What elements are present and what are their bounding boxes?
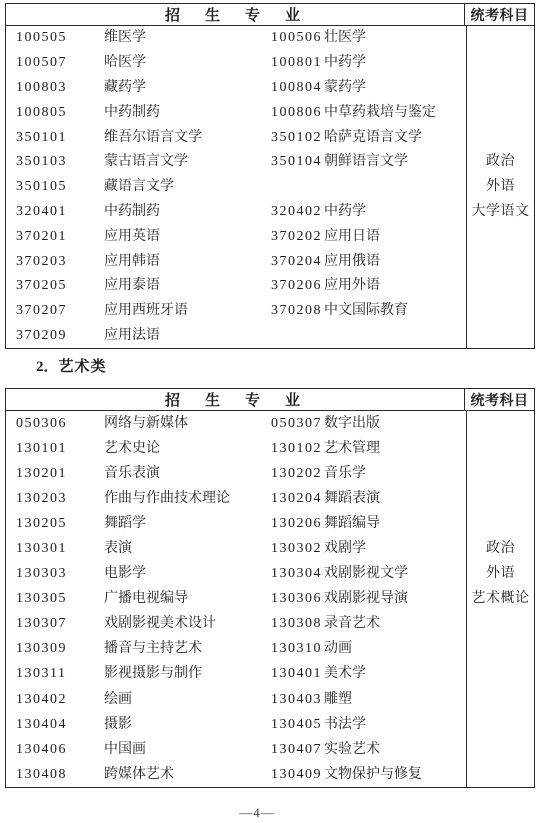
major-code: 050307 — [261, 411, 324, 436]
major-code: 130304 — [261, 562, 324, 587]
major-code: 370209 — [6, 324, 104, 349]
major-code: 130309 — [6, 637, 104, 662]
exam-subject — [466, 436, 534, 461]
major-name: 作曲与作曲技术理论 — [104, 486, 261, 511]
major-name: 摄影 — [104, 712, 261, 737]
major-name: 中文国际教育 — [324, 299, 466, 324]
table-row: 370209应用法语 — [6, 324, 534, 349]
major-name: 美术学 — [324, 662, 466, 687]
major-code: 130311 — [6, 662, 104, 687]
page-number: —4— — [0, 805, 514, 821]
subjects-column-header: 统考科目 — [464, 4, 534, 25]
major-name: 蒙古语言文学 — [104, 150, 261, 175]
major-code: 130202 — [261, 461, 324, 486]
major-code: 100505 — [6, 26, 104, 51]
major-code: 130404 — [6, 712, 104, 737]
major-code: 130409 — [261, 762, 324, 787]
major-name: 戏剧影视文学 — [324, 562, 466, 587]
major-code: 130301 — [6, 536, 104, 561]
table-row: 130311影视摄影与制作130401美术学 — [6, 662, 534, 687]
exam-subject — [466, 461, 534, 486]
exam-subject — [466, 637, 534, 662]
major-code: 130302 — [261, 536, 324, 561]
major-code: 130405 — [261, 712, 324, 737]
major-name: 蒙药学 — [324, 76, 466, 101]
major-name: 表演 — [104, 536, 261, 561]
major-name: 艺术管理 — [324, 436, 466, 461]
major-name: 藏语言文学 — [104, 175, 261, 200]
exam-subject: 外语 — [466, 562, 534, 587]
table-row: 370201应用英语370202应用日语 — [6, 224, 534, 249]
major-code: 130310 — [261, 637, 324, 662]
major-code: 130206 — [261, 511, 324, 536]
major-code: 130406 — [6, 737, 104, 762]
major-code: 100803 — [6, 76, 104, 101]
major-code: 320401 — [6, 200, 104, 225]
major-name: 中药制药 — [104, 200, 261, 225]
major-name: 播音与主持艺术 — [104, 637, 261, 662]
table-row: 100507哈医学100801中药学 — [6, 51, 534, 76]
major-code: 130403 — [261, 687, 324, 712]
major-code: 370201 — [6, 224, 104, 249]
exam-subject: 大学语文 — [466, 200, 534, 225]
majors-column-header: 招 生 专 业 — [6, 4, 464, 25]
exam-subject: 政治 — [466, 536, 534, 561]
major-code: 370204 — [261, 249, 324, 274]
exam-subject — [466, 411, 534, 436]
major-code: 350105 — [6, 175, 104, 200]
major-code: 350104 — [261, 150, 324, 175]
section-heading-art-category: 2．艺术类 — [36, 357, 107, 377]
major-name: 绘画 — [104, 687, 261, 712]
major-name: 应用泰语 — [104, 274, 261, 299]
major-code: 100806 — [261, 100, 324, 125]
major-name: 舞蹈编导 — [324, 511, 466, 536]
table-row: 350105藏语言文学外语 — [6, 175, 534, 200]
table-row: 130303电影学130304戏剧影视文学外语 — [6, 562, 534, 587]
table-row: 130404摄影130405书法学 — [6, 712, 534, 737]
exam-subject: 政治 — [466, 150, 534, 175]
major-name: 藏药学 — [104, 76, 261, 101]
table-row: 370207应用西班牙语370208中文国际教育 — [6, 299, 534, 324]
table-row: 130402绘画130403雕塑 — [6, 687, 534, 712]
major-name: 应用外语 — [324, 274, 466, 299]
exam-subject — [466, 26, 534, 51]
major-name: 动画 — [324, 637, 466, 662]
exam-subject — [466, 762, 534, 787]
exam-subject — [466, 511, 534, 536]
major-name: 中草药栽培与鉴定 — [324, 100, 466, 125]
major-code: 050306 — [6, 411, 104, 436]
major-code: 100506 — [261, 26, 324, 51]
major-code: 100801 — [261, 51, 324, 76]
table-row: 130301表演130302戏剧学政治 — [6, 536, 534, 561]
table-row: 130406中国画130407实验艺术 — [6, 737, 534, 762]
major-name: 中药制药 — [104, 100, 261, 125]
major-code: 130203 — [6, 486, 104, 511]
major-name: 戏剧影视美术设计 — [104, 612, 261, 637]
major-code — [261, 324, 324, 349]
major-code: 130408 — [6, 762, 104, 787]
majors-table-medical-language: 招 生 专 业 统考科目 100505维医学100506壮医学100507哈医学… — [5, 3, 535, 349]
majors-table-art: 招 生 专 业 统考科目 050306网络与新媒体050307数字出版13010… — [5, 388, 535, 788]
exam-subject — [466, 51, 534, 76]
major-name: 录音艺术 — [324, 612, 466, 637]
major-name: 戏剧学 — [324, 536, 466, 561]
table-row: 350103蒙古语言文学350104朝鲜语言文学政治 — [6, 150, 534, 175]
document-page: 招 生 专 业 统考科目 100505维医学100506壮医学100507哈医学… — [0, 0, 540, 823]
major-name: 应用日语 — [324, 224, 466, 249]
exam-subject — [466, 76, 534, 101]
major-code: 370206 — [261, 274, 324, 299]
major-name: 广播电视编导 — [104, 587, 261, 612]
major-name: 电影学 — [104, 562, 261, 587]
exam-subject — [466, 712, 534, 737]
exam-subject — [466, 125, 534, 150]
major-name: 网络与新媒体 — [104, 411, 261, 436]
major-name: 实验艺术 — [324, 737, 466, 762]
major-name: 应用俄语 — [324, 249, 466, 274]
table-row: 130309播音与主持艺术130310动画 — [6, 637, 534, 662]
table-row: 100805中药制药100806中草药栽培与鉴定 — [6, 100, 534, 125]
table-row: 130307戏剧影视美术设计130308录音艺术 — [6, 612, 534, 637]
major-code: 100804 — [261, 76, 324, 101]
major-name: 维医学 — [104, 26, 261, 51]
table-row: 370205应用泰语370206应用外语 — [6, 274, 534, 299]
table-row: 130205舞蹈学130206舞蹈编导 — [6, 511, 534, 536]
exam-subject — [466, 274, 534, 299]
major-code: 130205 — [6, 511, 104, 536]
major-code: 130102 — [261, 436, 324, 461]
major-name: 哈医学 — [104, 51, 261, 76]
major-code: 130402 — [6, 687, 104, 712]
major-name: 应用英语 — [104, 224, 261, 249]
major-code: 130305 — [6, 587, 104, 612]
exam-subject — [466, 224, 534, 249]
exam-subject — [466, 486, 534, 511]
major-name: 音乐表演 — [104, 461, 261, 486]
major-code: 130201 — [6, 461, 104, 486]
exam-subject — [466, 249, 534, 274]
exam-subject: 外语 — [466, 175, 534, 200]
table-row: 370203应用韩语370204应用俄语 — [6, 249, 534, 274]
exam-subject — [466, 324, 534, 349]
major-name: 书法学 — [324, 712, 466, 737]
major-name: 维吾尔语言文学 — [104, 125, 261, 150]
exam-subject: 艺术概论 — [466, 587, 534, 612]
major-name: 中国画 — [104, 737, 261, 762]
major-name — [324, 324, 466, 349]
table-row: 130408跨媒体艺术130409文物保护与修复 — [6, 762, 534, 787]
exam-subject — [466, 662, 534, 687]
major-name: 朝鲜语言文学 — [324, 150, 466, 175]
section-number: 2． — [36, 359, 59, 375]
major-name: 戏剧影视导演 — [324, 587, 466, 612]
major-name: 应用西班牙语 — [104, 299, 261, 324]
major-code: 100507 — [6, 51, 104, 76]
section-title: 艺术类 — [59, 358, 107, 375]
exam-subject — [466, 100, 534, 125]
table-row: 100505维医学100506壮医学 — [6, 26, 534, 51]
major-name: 中药学 — [324, 200, 466, 225]
major-name: 文物保护与修复 — [324, 762, 466, 787]
major-name: 中药学 — [324, 51, 466, 76]
major-code: 130101 — [6, 436, 104, 461]
exam-subject — [466, 612, 534, 637]
table-body: 100505维医学100506壮医学100507哈医学100801中药学1008… — [6, 26, 534, 348]
subjects-column-header: 统考科目 — [464, 389, 534, 410]
majors-column-header: 招 生 专 业 — [6, 389, 464, 410]
table-row: 130101艺术史论130102艺术管理 — [6, 436, 534, 461]
major-code: 130401 — [261, 662, 324, 687]
major-code: 130307 — [6, 612, 104, 637]
major-code: 130308 — [261, 612, 324, 637]
major-name: 数字出版 — [324, 411, 466, 436]
major-code: 130303 — [6, 562, 104, 587]
major-code: 370205 — [6, 274, 104, 299]
major-code — [261, 175, 324, 200]
major-name: 舞蹈表演 — [324, 486, 466, 511]
table-row: 050306网络与新媒体050307数字出版 — [6, 411, 534, 436]
major-code: 320402 — [261, 200, 324, 225]
table-row: 320401中药制药320402中药学大学语文 — [6, 200, 534, 225]
major-name: 应用法语 — [104, 324, 261, 349]
major-code: 370202 — [261, 224, 324, 249]
major-name: 壮医学 — [324, 26, 466, 51]
table-row: 100803藏药学100804蒙药学 — [6, 76, 534, 101]
major-code: 350103 — [6, 150, 104, 175]
major-code: 350102 — [261, 125, 324, 150]
table-row: 130305广播电视编导130306戏剧影视导演艺术概论 — [6, 587, 534, 612]
major-name: 影视摄影与制作 — [104, 662, 261, 687]
major-name: 音乐学 — [324, 461, 466, 486]
major-name: 哈萨克语言文学 — [324, 125, 466, 150]
table-header-row: 招 生 专 业 统考科目 — [6, 4, 534, 26]
table-body: 050306网络与新媒体050307数字出版130101艺术史论130102艺术… — [6, 411, 534, 787]
table-row: 130203作曲与作曲技术理论130204舞蹈表演 — [6, 486, 534, 511]
major-name: 艺术史论 — [104, 436, 261, 461]
major-code: 370207 — [6, 299, 104, 324]
table-row: 130201音乐表演130202音乐学 — [6, 461, 534, 486]
exam-subject — [466, 299, 534, 324]
major-code: 130306 — [261, 587, 324, 612]
table-row: 350101维吾尔语言文学350102哈萨克语言文学 — [6, 125, 534, 150]
major-code: 130204 — [261, 486, 324, 511]
major-name: 舞蹈学 — [104, 511, 261, 536]
exam-subject — [466, 737, 534, 762]
major-name: 雕塑 — [324, 687, 466, 712]
exam-subject — [466, 687, 534, 712]
major-code: 100805 — [6, 100, 104, 125]
major-code: 130407 — [261, 737, 324, 762]
major-code: 370203 — [6, 249, 104, 274]
table-header-row: 招 生 专 业 统考科目 — [6, 389, 534, 411]
major-name — [324, 175, 466, 200]
major-code: 370208 — [261, 299, 324, 324]
major-name: 跨媒体艺术 — [104, 762, 261, 787]
major-code: 350101 — [6, 125, 104, 150]
major-name: 应用韩语 — [104, 249, 261, 274]
